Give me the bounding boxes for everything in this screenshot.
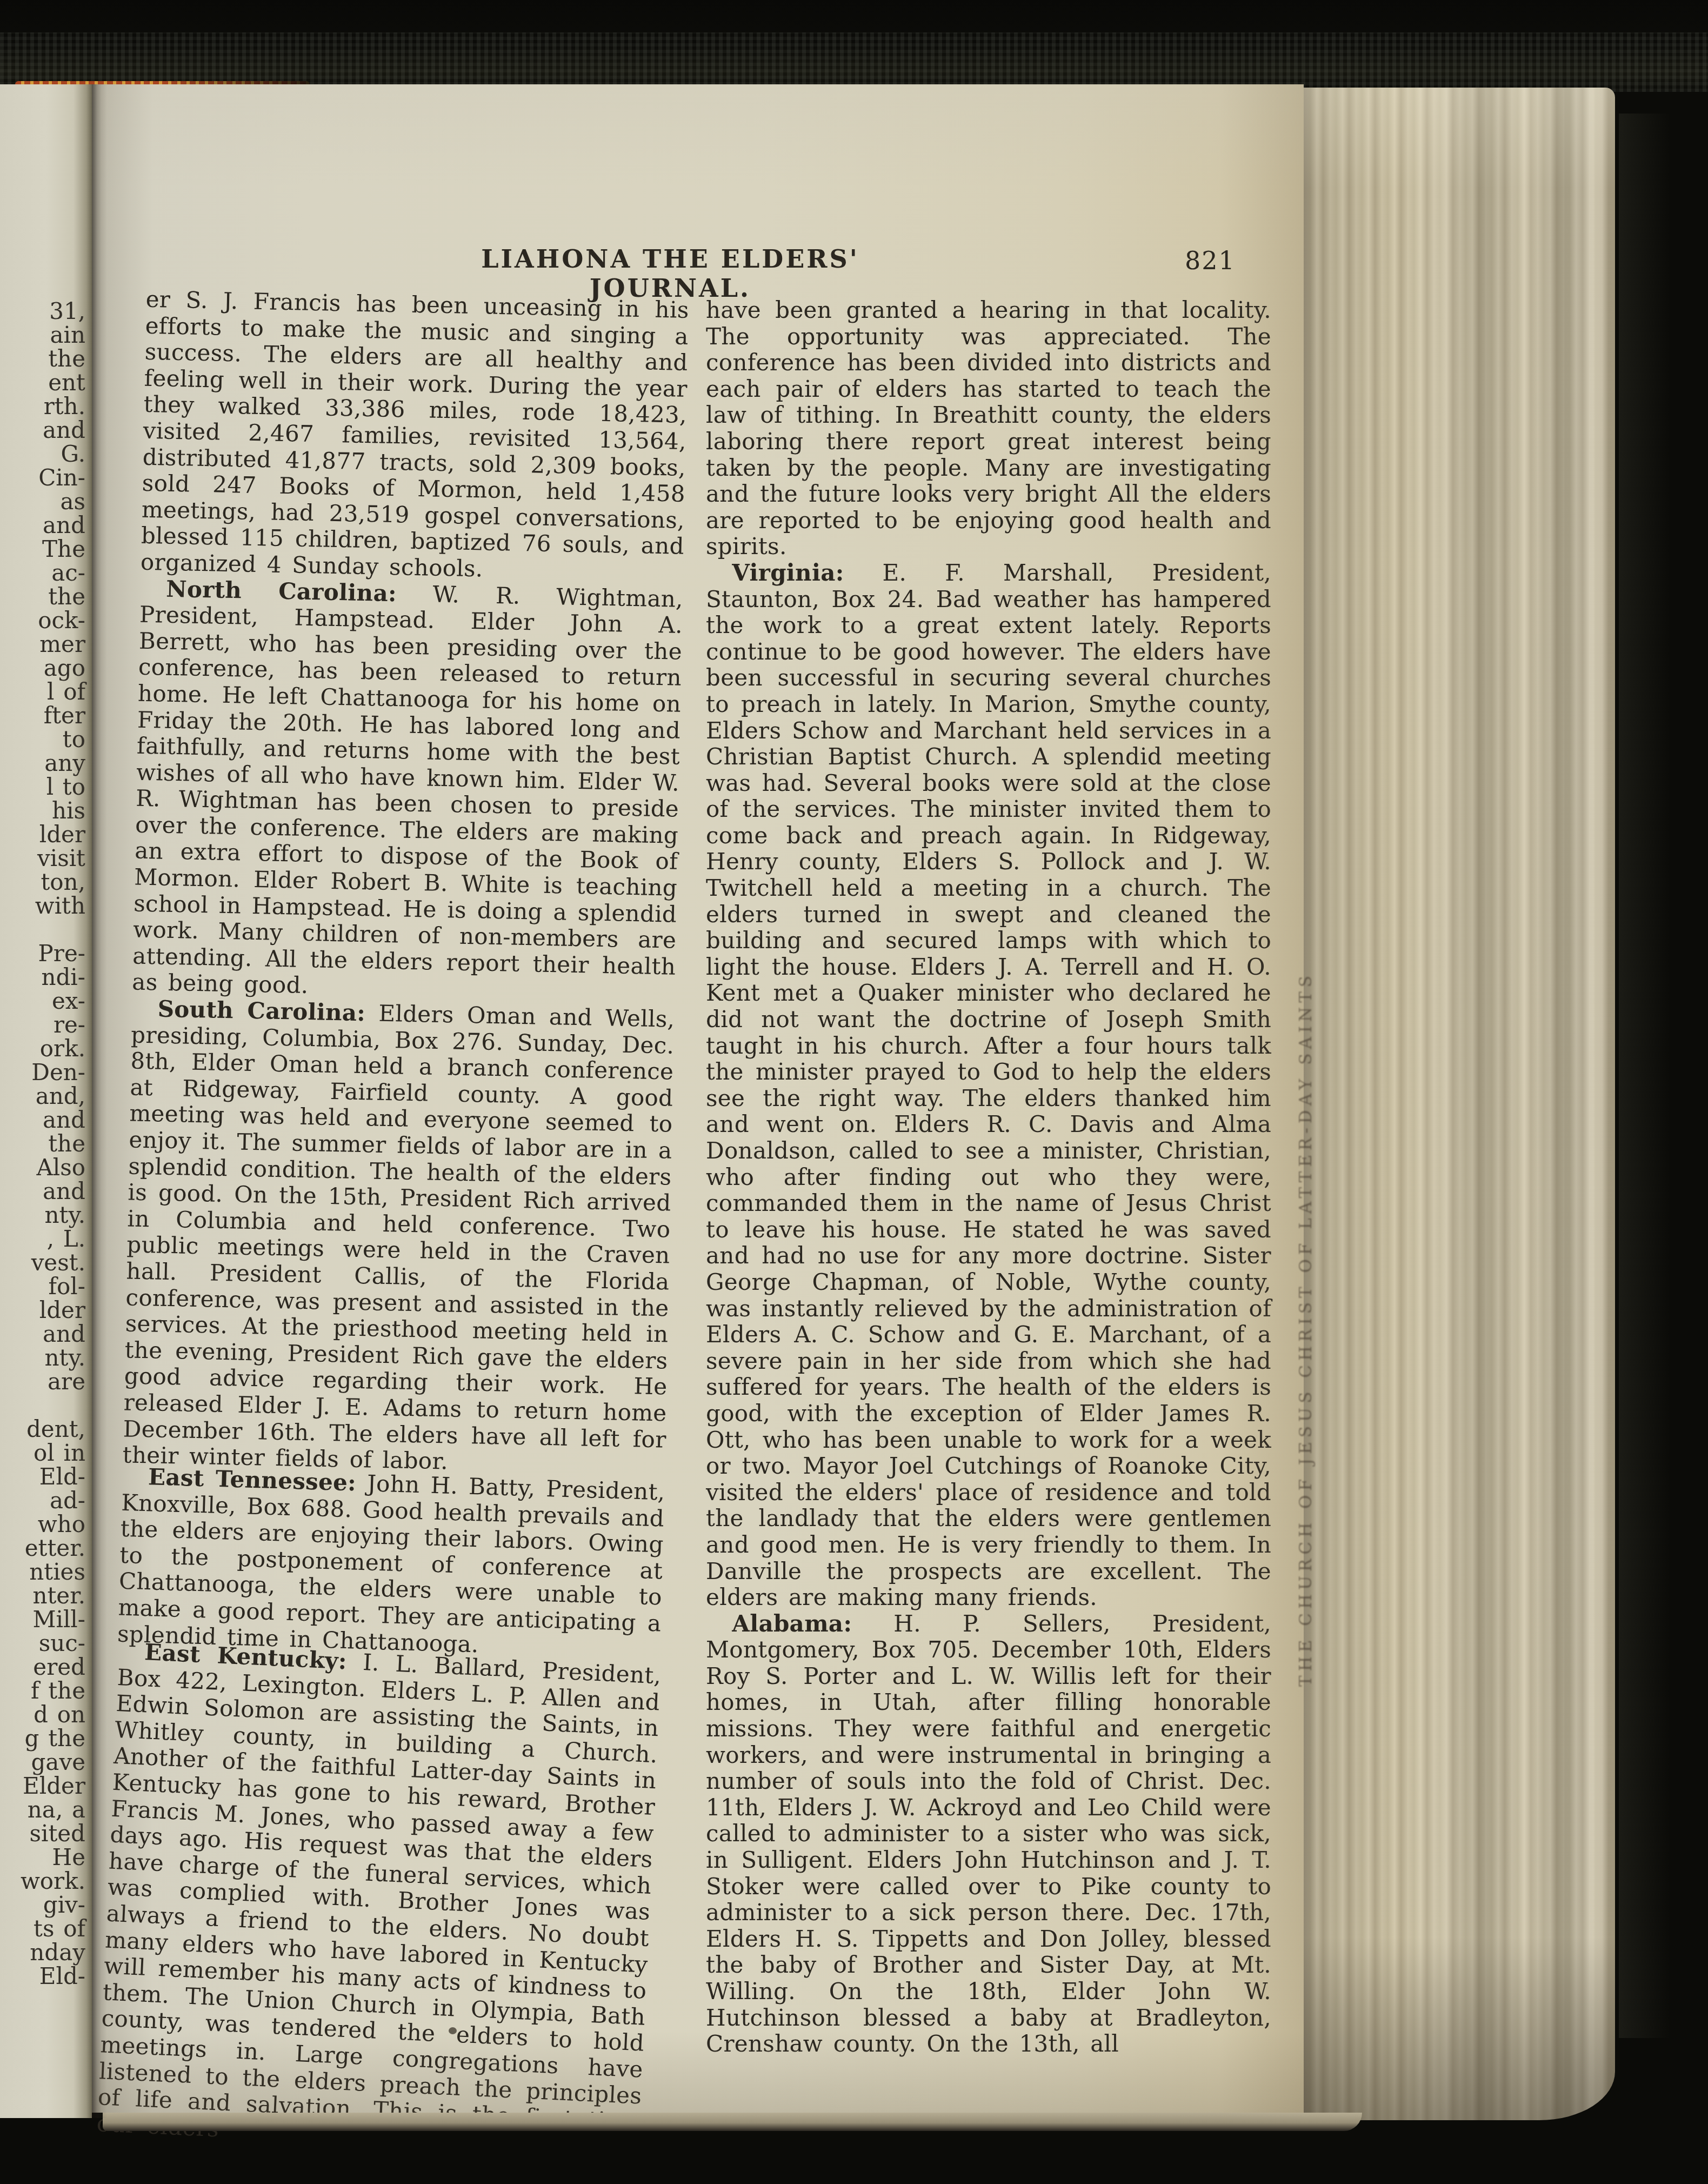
section-alabama: Alabama: H. P. Sellers, President, Montg… bbox=[706, 1611, 1271, 2058]
section-east-kentucky: East Kentucky: I. L. Ballard, President,… bbox=[96, 1638, 662, 2162]
section-heading: Virginia: bbox=[732, 560, 844, 586]
book-cover-right bbox=[1619, 114, 1670, 2038]
previous-page-sliver: 31, ain the ent rth. and G. Cin- as and … bbox=[0, 84, 92, 2118]
ink-dot-artifact bbox=[449, 2027, 457, 2034]
section-body: I. L. Ballard, President, Box 422, Lexin… bbox=[96, 1649, 662, 2142]
section-body: H. P. Sellers, President, Montgomery, Bo… bbox=[706, 1610, 1271, 2058]
right-column: have been granted a hearing in that loca… bbox=[706, 297, 1271, 2058]
left-column: er S. J. Francis has been unceasing in h… bbox=[109, 287, 689, 2162]
fore-edge-page-stack bbox=[1304, 88, 1615, 2120]
section-virginia: Virginia: E. F. Marshall, President, Sta… bbox=[706, 560, 1271, 1611]
fore-edge-stamp: THE CHURCH OF JESUS CHRIST OF LATTER-DAY… bbox=[1296, 843, 1325, 1687]
paragraph-text: have been granted a hearing in that loca… bbox=[706, 297, 1271, 560]
paragraph-text: er S. J. Francis has been unceasing in h… bbox=[140, 286, 689, 582]
gutter-text-fragments: 31, ain the ent rth. and G. Cin- as and … bbox=[4, 299, 85, 1988]
page-stack-bottom-edge bbox=[103, 2113, 1362, 2131]
section-north-carolina: North Carolina: W. R. Wightman, Presiden… bbox=[132, 575, 683, 1007]
book-scan: 31, ain the ent rth. and G. Cin- as and … bbox=[0, 0, 1708, 2184]
section-body: W. R. Wightman, President, Hampstead. El… bbox=[132, 581, 683, 998]
journal-page: LIAHONA THE ELDERS' JOURNAL. 821 er S. J… bbox=[92, 84, 1304, 2113]
section-body: Elders Oman and Wells, presiding, Columb… bbox=[122, 1000, 675, 1475]
section-south-carolina: South Carolina: Elders Oman and Wells, p… bbox=[122, 996, 675, 1480]
section-east-tennessee: East Tennessee: John H. Batty, President… bbox=[117, 1463, 665, 1663]
right-continuation-paragraph: have been granted a hearing in that loca… bbox=[706, 297, 1271, 560]
section-body: John H. Batty, President, Knoxville, Box… bbox=[117, 1470, 665, 1657]
section-body: E. F. Marshall, President, Staunton, Box… bbox=[706, 560, 1271, 1610]
gutter-shadow bbox=[92, 84, 107, 2118]
section-heading: South Carolina: bbox=[157, 996, 365, 1027]
page-number: 821 bbox=[1185, 246, 1236, 275]
left-continuation-paragraph: er S. J. Francis has been unceasing in h… bbox=[140, 287, 689, 587]
section-heading: Alabama: bbox=[732, 1610, 852, 1637]
